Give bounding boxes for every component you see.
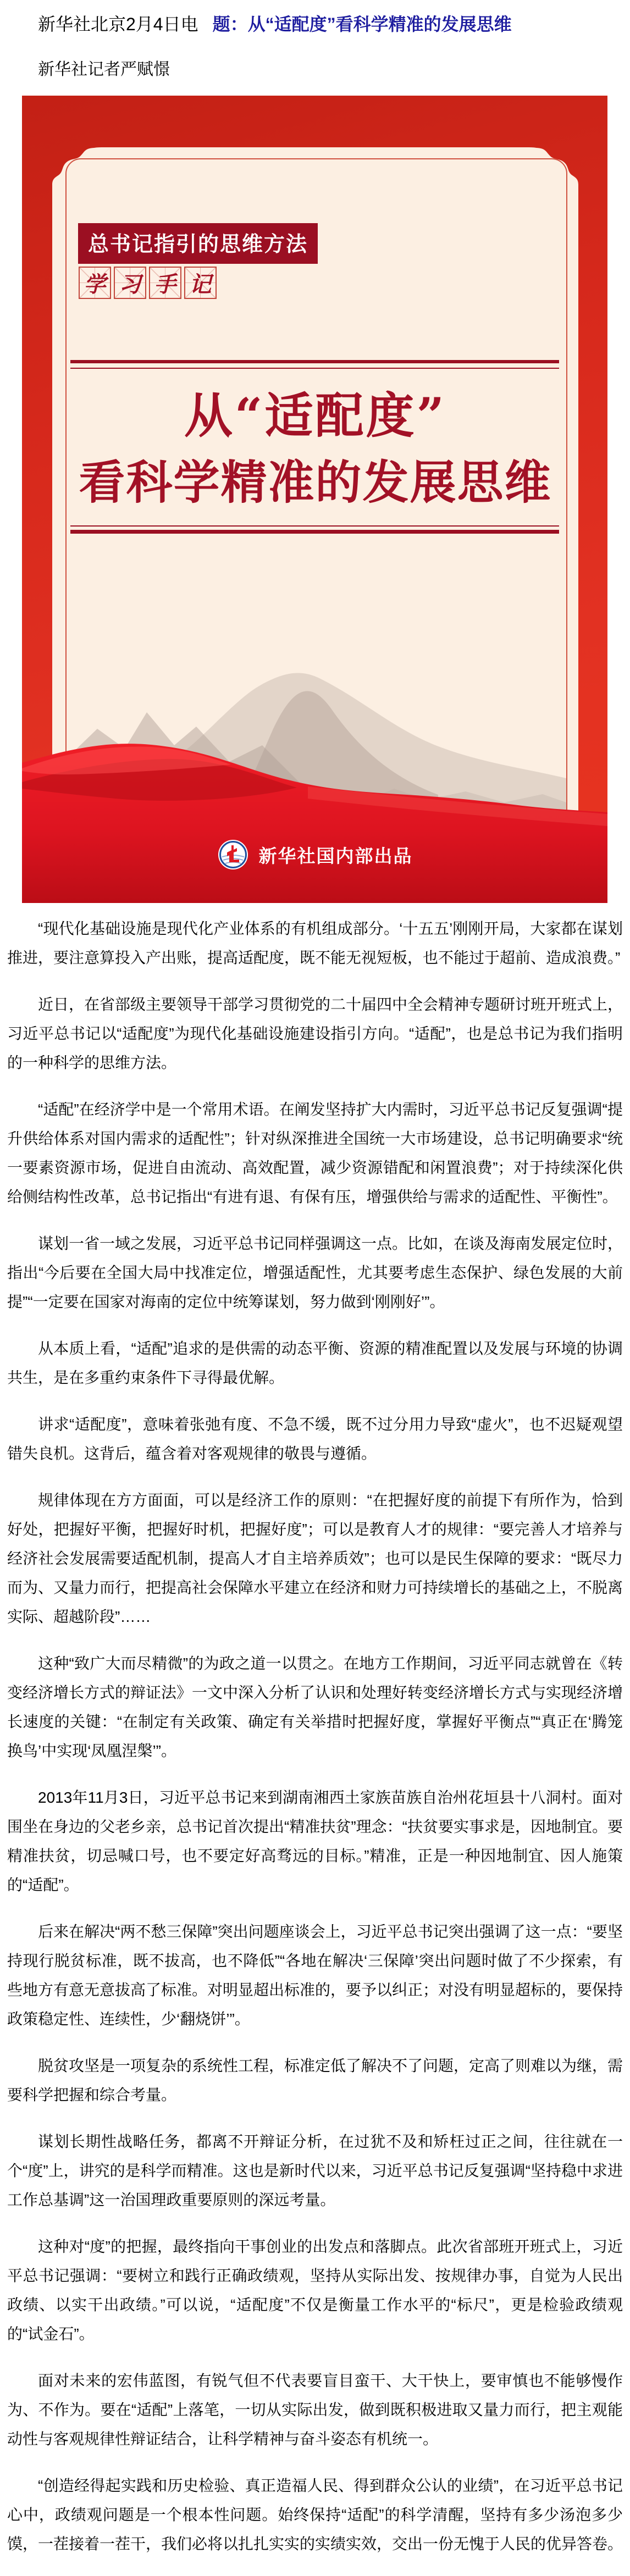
article-body: “现代化基础设施是现代化产业体系的有机组成部分。‘十五五’刚刚开局，大家都在谋划… — [7, 914, 623, 2558]
article-paragraph: 脱贫攻坚是一项复杂的系统性工程，标准定低了解决不了问题，定高了则难以为继，需要科… — [7, 2051, 623, 2109]
article-paragraph: 谋划长期性战略任务，都离不开辩证分析，在过犹不及和矫枉过正之间，往往就在一个“度… — [7, 2127, 623, 2214]
article-paragraph: 规律体现在方方面面，可以是经济工作的原则：“在把握好度的前提下有所作为，恰到好处… — [7, 1486, 623, 1631]
article-paragraph: 2013年11月3日，习近平总书记来到湖南湘西土家族苗族自治州花垣县十八洞村。面… — [7, 1783, 623, 1899]
article-paragraph: 近日，在省部级主要领导干部学习贯彻党的二十届四中全会精神专题研讨班开班式上，习近… — [7, 990, 623, 1077]
calligraphy-char: 手 — [150, 268, 180, 298]
poster-title-line1: 从“适配度” — [52, 389, 578, 442]
article-header: 新华社北京2月4日电题：从“适配度”看科学精准的发展思维 新华社记者严赋憬 — [7, 13, 623, 80]
article-paragraph: 从本质上看，“适配”追求的是供需的动态平衡、资源的精准配置以及发展与环境的协调共… — [7, 1334, 623, 1392]
article-title: 题：从“适配度”看科学精准的发展思维 — [213, 14, 512, 34]
article-paragraph: 讲求“适配度”，意味着张弛有度、不急不缓，既不过分用力导致“虚火”，也不迟疑观望… — [7, 1410, 623, 1468]
poster-credit: 新华社国内部出品 — [259, 842, 413, 868]
calligraphy-box: 记 — [184, 267, 217, 299]
xinhua-logo-icon — [217, 839, 249, 871]
calligraphy-char: 学 — [80, 268, 110, 298]
poster-credit-row: 新华社国内部出品 — [22, 839, 607, 871]
silk-wave-art — [22, 716, 607, 903]
divider-bottom-thin — [70, 525, 559, 527]
poster-image: 总书记指引的思维方法 学 习 手 记 从“适配度” 看科学精准的发展思维 — [22, 96, 607, 903]
article-paragraph: “现代化基础设施是现代化产业体系的有机组成部分。‘十五五’刚刚开局，大家都在谋划… — [7, 914, 623, 972]
calligraphy-row: 学 习 手 记 — [79, 267, 217, 299]
byline: 新华社记者严赋憬 — [7, 59, 623, 80]
calligraphy-char: 记 — [185, 268, 215, 298]
poster-title-line2: 看科学精准的发展思维 — [52, 456, 578, 509]
calligraphy-box: 习 — [114, 267, 146, 299]
calligraphy-box: 学 — [79, 267, 111, 299]
article-paragraph: “适配”在经济学中是一个常用术语。在阐发坚持扩大内需时，习近平总书记反复强调“提… — [7, 1095, 623, 1211]
calligraphy-char: 习 — [115, 268, 145, 298]
divider-top-thin — [70, 368, 559, 369]
divider-bottom-thick — [70, 530, 559, 534]
article-paragraph: 谋划一省一域之发展，习近平总书记同样强调这一点。比如，在谈及海南发展定位时，指出… — [7, 1229, 623, 1316]
article-paragraph: 后来在解决“两不愁三保障”突出问题座谈会上，习近平总书记突出强调了这一点：“要坚… — [7, 1917, 623, 2034]
divider-top-thick — [70, 360, 559, 363]
article-paragraph: 面对未来的宏伟蓝图，有锐气但不代表要盲目蛮干、大干快上，要审慎也不能够慢作为、不… — [7, 2366, 623, 2453]
article-paragraph: 这种对“度”的把握，最终指向干事创业的出发点和落脚点。此次省部班开班式上，习近平… — [7, 2232, 623, 2348]
dateline: 新华社北京2月4日电 — [38, 14, 198, 34]
headline-row: 新华社北京2月4日电题：从“适配度”看科学精准的发展思维 — [7, 13, 623, 35]
article-paragraph: “创造经得起实践和历史检验、真正造福人民、得到群众公认的业绩”，在习近平总书记心… — [7, 2471, 623, 2558]
article-paragraph: 这种“致广大而尽精微”的为政之道一以贯之。在地方工作期间，习近平同志就曾在《转变… — [7, 1649, 623, 1765]
poster-banner: 总书记指引的思维方法 — [78, 223, 318, 264]
calligraphy-box: 手 — [149, 267, 181, 299]
